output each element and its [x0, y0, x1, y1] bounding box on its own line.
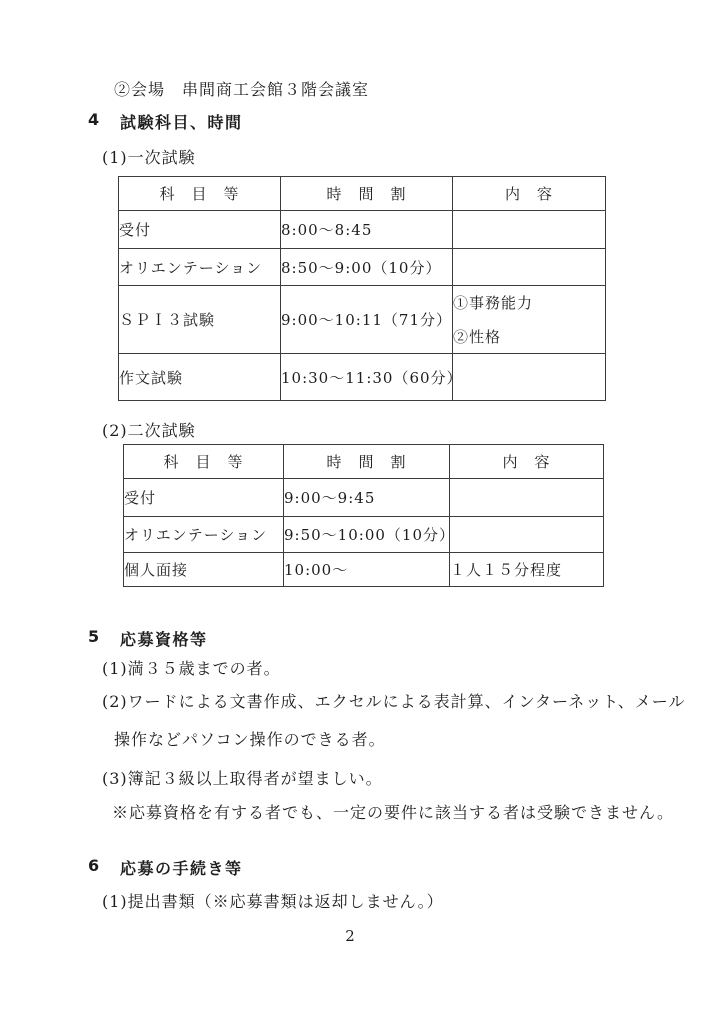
document-page: ②会場 串間商工会館３階会議室 4 試験科目、時間 (1)一次試験 科 目 等 … [0, 0, 724, 1024]
section-6-title: 応募の手続き等 [120, 856, 243, 879]
cell-subject: 受付 [124, 479, 284, 517]
section-4-heading: 4 試験科目、時間 [88, 110, 243, 133]
content-line-2: ②性格 [453, 326, 605, 347]
qualification-item-2: (2)ワードによる文書作成、エクセルによる表計算、インターネット、メール操作など… [102, 683, 690, 759]
cell-time: 8:00～8:45 [281, 211, 453, 249]
cell-time: 8:50～9:00（10分） [281, 249, 453, 286]
table-row: ＳＰＩ３試験 9:00～10:11（71分） ①事務能力 ②性格 [119, 286, 606, 354]
section-5-number: 5 [88, 627, 120, 650]
header-subject: 科 目 等 [124, 445, 284, 479]
cell-content [453, 249, 606, 286]
header-time: 時 間 割 [281, 177, 453, 211]
section-4-number: 4 [88, 110, 120, 133]
content-line-1: ①事務能力 [453, 292, 605, 313]
table-header-row: 科 目 等 時 間 割 内 容 [119, 177, 606, 211]
cell-content [450, 479, 604, 517]
header-subject: 科 目 等 [119, 177, 281, 211]
table-header-row: 科 目 等 時 間 割 内 容 [124, 445, 604, 479]
header-content: 内 容 [450, 445, 604, 479]
table-row: 受付 8:00～8:45 [119, 211, 606, 249]
qualification-note: ※応募資格を有する者でも、一定の要件に該当する者は受験できません。 [112, 800, 674, 823]
cell-content [453, 354, 606, 401]
cell-time: 10:00～ [284, 553, 450, 587]
qualification-item-1: (1)満３５歳までの者。 [102, 656, 281, 679]
section-5-title: 応募資格等 [120, 627, 208, 650]
cell-subject: 受付 [119, 211, 281, 249]
cell-content [453, 211, 606, 249]
section-5-heading: 5 応募資格等 [88, 627, 208, 650]
table-row: オリエンテーション 9:50～10:00（10分） [124, 517, 604, 553]
first-exam-table: 科 目 等 時 間 割 内 容 受付 8:00～8:45 オリエンテーション 8… [118, 176, 606, 401]
section-4-title: 試験科目、時間 [120, 110, 243, 133]
procedure-item-1: (1)提出書類（※応募書類は返却しません。） [102, 889, 444, 912]
section-6-number: 6 [88, 856, 120, 879]
first-exam-label: (1)一次試験 [102, 145, 196, 168]
cell-subject: オリエンテーション [124, 517, 284, 553]
cell-subject: 作文試験 [119, 354, 281, 401]
cell-subject: ＳＰＩ３試験 [119, 286, 281, 354]
page-number: 2 [0, 927, 700, 945]
header-content: 内 容 [453, 177, 606, 211]
section-6-heading: 6 応募の手続き等 [88, 856, 243, 879]
table-row: 作文試験 10:30～11:30（60分） [119, 354, 606, 401]
table-row: 受付 9:00～9:45 [124, 479, 604, 517]
cell-time: 10:30～11:30（60分） [281, 354, 453, 401]
venue-line: ②会場 串間商工会館３階会議室 [114, 77, 369, 100]
cell-subject: 個人面接 [124, 553, 284, 587]
cell-content: ①事務能力 ②性格 [453, 286, 606, 354]
qualification-item-3: (3)簿記３級以上取得者が望ましい。 [102, 766, 383, 789]
second-exam-label: (2)二次試験 [102, 418, 196, 441]
table-row: オリエンテーション 8:50～9:00（10分） [119, 249, 606, 286]
cell-subject: オリエンテーション [119, 249, 281, 286]
cell-time: 9:00～9:45 [284, 479, 450, 517]
cell-content: １人１５分程度 [450, 553, 604, 587]
cell-time: 9:00～10:11（71分） [281, 286, 453, 354]
cell-time: 9:50～10:00（10分） [284, 517, 450, 553]
header-time: 時 間 割 [284, 445, 450, 479]
second-exam-table: 科 目 等 時 間 割 内 容 受付 9:00～9:45 オリエンテーション 9… [123, 444, 604, 587]
table-row: 個人面接 10:00～ １人１５分程度 [124, 553, 604, 587]
cell-content [450, 517, 604, 553]
